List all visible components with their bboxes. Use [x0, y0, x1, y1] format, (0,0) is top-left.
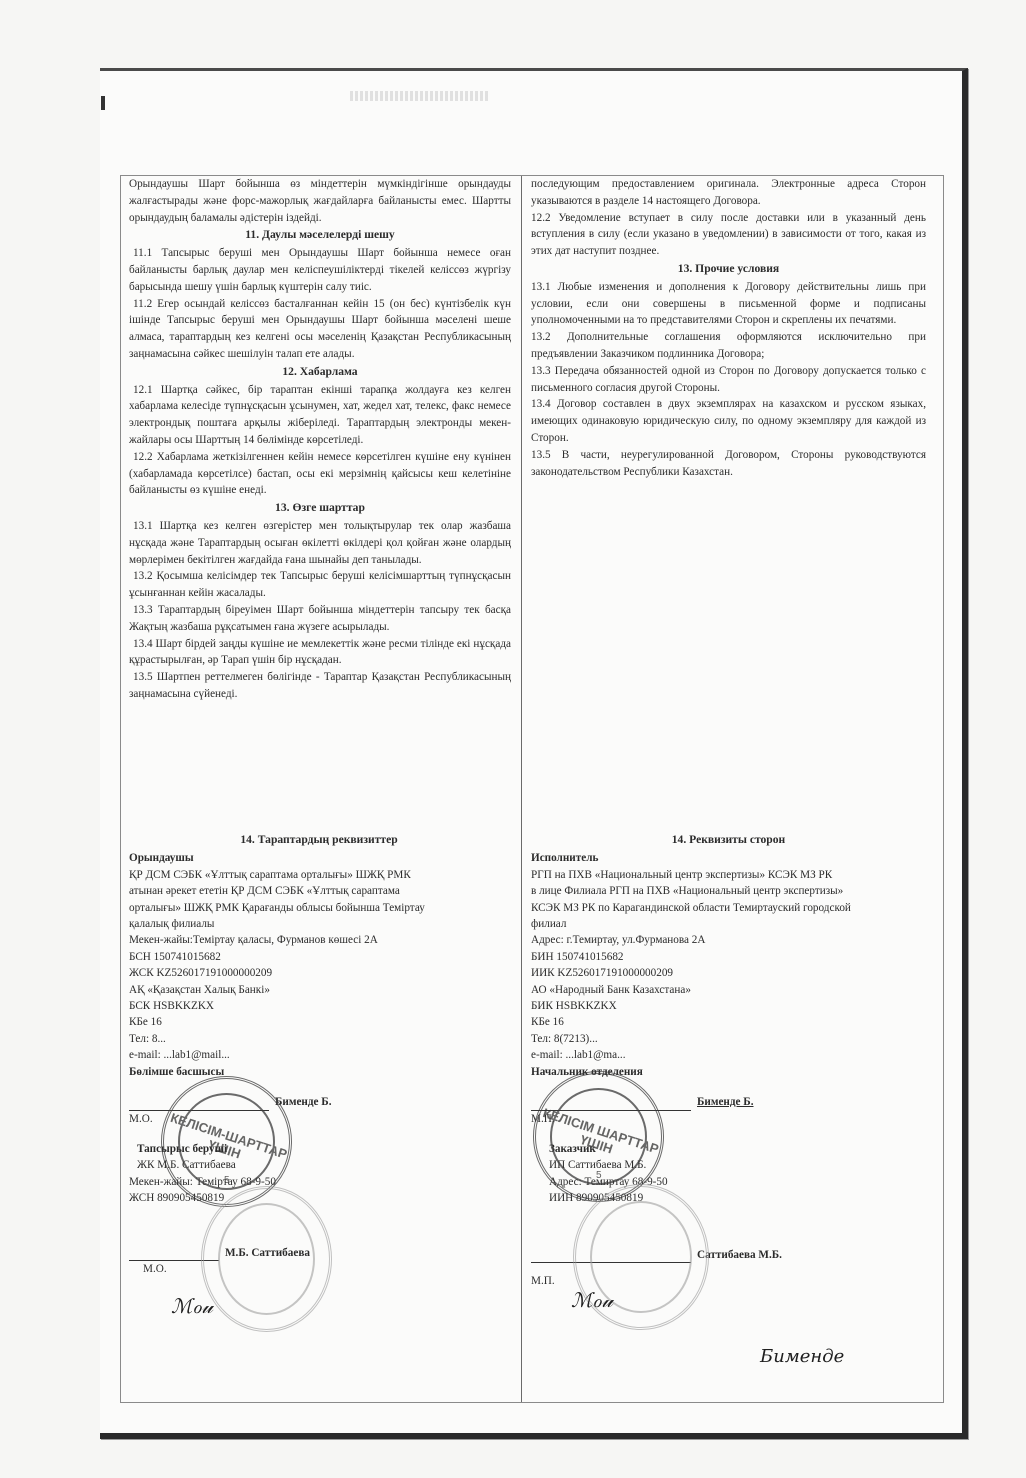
clause-13-3-ru: 13.3 Передача обязанностей одной из Стор…: [531, 363, 926, 397]
executor-stamp-right: КЕЛІСІМ ШАРТТАР ҮШІН 5: [533, 1071, 664, 1202]
executor-kbe-ru: КБе 16: [531, 1014, 926, 1030]
clause-13-3: 13.3 Тараптардың біреуімен Шарт бойынша …: [129, 602, 511, 636]
executor-line: филиал: [531, 916, 926, 932]
executor-sign-name: Бименде Б.: [275, 1096, 332, 1108]
requisites-kazakh: 14. Тараптардың реквизиттер Орындаушы ҚР…: [129, 832, 509, 1277]
executor-bik: БСК HSBKKZKX: [129, 998, 509, 1014]
column-divider: [521, 176, 522, 1402]
customer-sign-name-ru: Саттибаева М.Б.: [697, 1249, 782, 1261]
executor-line: орталығы» ШЖҚ РМК Қарағанды облысы бойын…: [129, 900, 509, 916]
section-13-title-ru: 13. Прочие условия: [531, 261, 926, 278]
executor-address: Мекен-жайы:Теміртау қаласы, Фурманов көш…: [129, 932, 509, 948]
sheet-corner-mark: [101, 96, 105, 110]
clause-13-5-ru: 13.5 В части, неурегулированной Договоро…: [531, 447, 926, 481]
section-13-title: 13. Өзге шарттар: [129, 500, 511, 517]
director-label: Бөлімше басшысы: [129, 1064, 509, 1080]
kazakh-column: Орындаушы Шарт бойынша өз міндеттерін мү…: [129, 176, 511, 703]
clause-12-2: 12.2 Хабарлама жеткізілгеннен кейін неме…: [129, 449, 511, 499]
executor-line: қалалық филиалы: [129, 916, 509, 932]
clause-13-2-ru: 13.2 Дополнительные соглашения оформляют…: [531, 329, 926, 363]
executor-line: РГП на ПХВ «Национальный центр экспертиз…: [531, 867, 926, 883]
clause-11-2: 11.2 Егер осындай келіссөз басталғаннан …: [129, 296, 511, 363]
stamp-number: 5: [224, 1175, 230, 1186]
clause-13-1: 13.1 Шартқа кез келген өзгерістер мен то…: [129, 518, 511, 568]
executor-line: КСЭК МЗ РК по Карагандинской области Тем…: [531, 900, 926, 916]
executor-address-ru: Адрес: г.Темиртау, ул.Фурманова 2А: [531, 932, 926, 948]
clause-13-2: 13.2 Қосымша келісімдер тек Тапсырыс бер…: [129, 568, 511, 602]
executor-label-ru: Исполнитель: [531, 850, 926, 866]
faded-header: [350, 91, 490, 101]
executor-bik-ru: БИК HSBKKZKX: [531, 998, 926, 1014]
executor-bin: БСН 150741015682: [129, 949, 509, 965]
executor-line: в лице Филиала РГП на ПХВ «Национальный …: [531, 883, 926, 899]
russian-column: последующим предоставлением оригинала. Э…: [531, 176, 926, 480]
executor-phone: Тел: 8...: [129, 1031, 509, 1047]
contract-frame: Орындаушы Шарт бойынша өз міндеттерін мү…: [120, 175, 944, 1403]
executor-iik: ЖСК KZ526017191000000209: [129, 965, 509, 981]
executor-label: Орындаушы: [129, 850, 509, 866]
executor-bank: АҚ «Қазақстан Халық Банкі»: [129, 982, 509, 998]
clause-13-5: 13.5 Шартпен реттелмеген бөлігінде - Тар…: [129, 669, 511, 703]
stamp-text: КЕЛІСІМ-ШАРТТАР ҮШІН: [163, 1110, 291, 1175]
requisites-title-ru: 14. Реквизиты сторон: [531, 832, 926, 848]
clause-11-1: 11.1 Тапсырыс беруші мен Орындаушы Шарт …: [129, 245, 511, 295]
document-sheet: Орындаушы Шарт бойынша өз міндеттерін мү…: [100, 68, 968, 1439]
section-12-title: 12. Хабарлама: [129, 364, 511, 381]
executor-line: ҚР ДСМ СЭБК «Ұлттық сараптама орталығы» …: [129, 867, 509, 883]
executor-phone-ru: Тел: 8(7213)...: [531, 1031, 926, 1047]
left-intro: Орындаушы Шарт бойынша өз міндеттерін мү…: [129, 176, 511, 226]
executor-bank-ru: АО «Народный Банк Казахстана»: [531, 982, 926, 998]
requisites-title: 14. Тараптардың реквизиттер: [129, 832, 509, 848]
executor-sign-name-ru: Бименде Б.: [697, 1096, 754, 1108]
executor-bin-ru: БИН 150741015682: [531, 949, 926, 965]
right-intro: последующим предоставлением оригинала. Э…: [531, 176, 926, 210]
customer-signature-left: ℳℴ𝓊: [171, 1294, 213, 1318]
clause-13-1-ru: 13.1 Любые изменения и дополнения к Дого…: [531, 279, 926, 329]
executor-kbe: КБе 16: [129, 1014, 509, 1030]
stamp-number: 5: [596, 1170, 602, 1181]
bottom-handwritten-signature: Бименде: [760, 1346, 844, 1367]
executor-iik-ru: ИИК KZ526017191000000209: [531, 965, 926, 981]
section-11-title: 11. Даулы мәселелерді шешу: [129, 227, 511, 244]
executor-line: атынан әрекет ететін ҚР ДСМ СЭБК «Ұлттық…: [129, 883, 509, 899]
stamp-text: КЕЛІСІМ ШАРТТАР ҮШІН: [535, 1105, 663, 1170]
clause-12-2-ru: 12.2 Уведомление вступает в силу после д…: [531, 210, 926, 260]
clause-12-1: 12.1 Шартқа сәйкес, бір тараптан екінші …: [129, 382, 511, 449]
executor-email-ru: e-mail: ...lab1@ma...: [531, 1047, 926, 1063]
executor-email: e-mail: ...lab1@mail...: [129, 1047, 509, 1063]
clause-13-4: 13.4 Шарт бірдей заңды күшіне ие мемлеке…: [129, 636, 511, 670]
customer-signature-right: ℳℴ𝓊: [571, 1288, 613, 1312]
customer-stamp-left: [201, 1186, 332, 1332]
clause-13-4-ru: 13.4 Договор составлен в двух экземпляра…: [531, 396, 926, 446]
